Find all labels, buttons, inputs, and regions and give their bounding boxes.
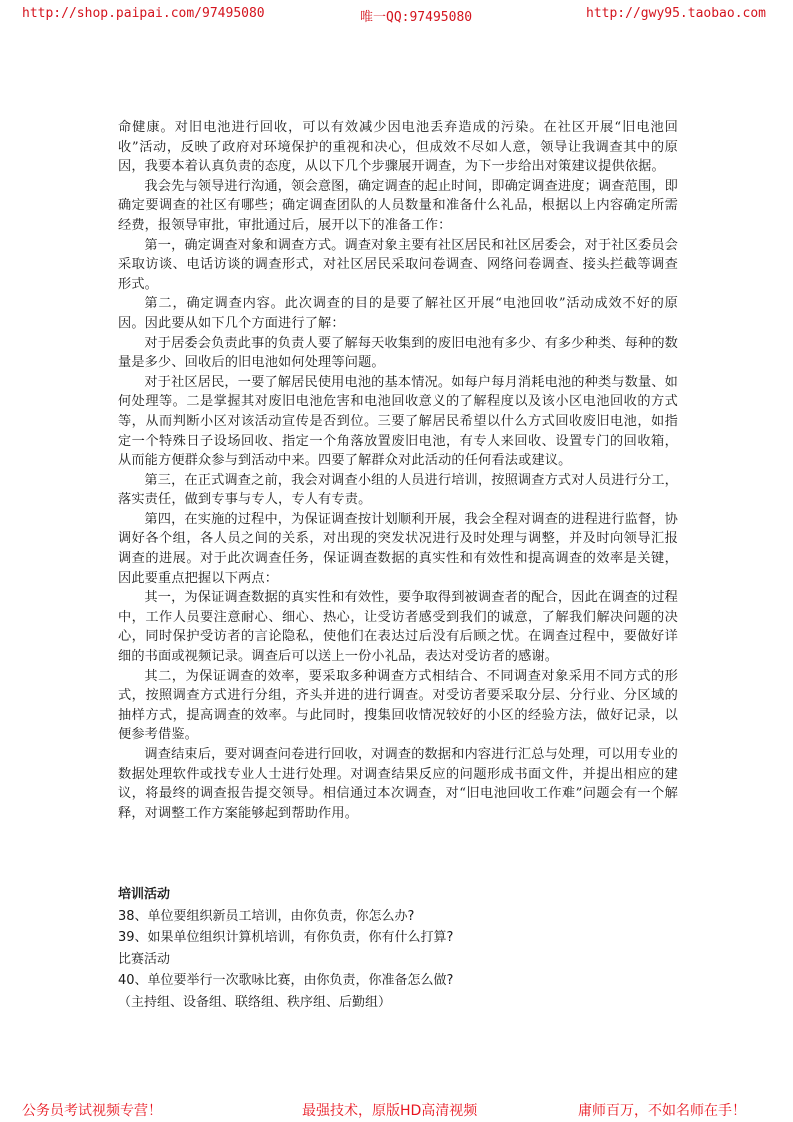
footer-slogan-left: 公务员考试视频专营！	[22, 1100, 162, 1120]
paragraph-5: 对于居委会负责此事的负责人要了解每天收集到的废旧电池有多少、有多少种类、每种的数…	[118, 334, 678, 373]
footer-slogan-right: 庸师百万，不如名师在手！	[578, 1100, 746, 1120]
section-title-training: 培训活动	[118, 884, 678, 906]
section-title-competition: 比赛活动	[118, 949, 678, 971]
question-39: 39、如果单位组织计算机培训，有你负责，你有什么打算?	[118, 927, 678, 949]
paragraph-9: 其一，为保证调查数据的真实性和有效性，要争取得到被调查者的配合，因此在调查的过程…	[118, 588, 678, 666]
paragraph-7: 第三，在正式调查之前，我会对调查小组的人员进行培训，按照调查方式对人员进行分工，…	[118, 471, 678, 510]
page-header: http://shop.paipai.com/97495080 唯一QQ:974…	[0, 6, 793, 26]
paragraph-10: 其二，为保证调查的效率，要采取多种调查方式相结合、不同调查对象采用不同方式的形式…	[118, 667, 678, 745]
footer-slogan-center: 最强技术，原版HD高清视频	[302, 1100, 477, 1120]
paragraph-3: 第一，确定调查对象和调查方式。调查对象主要有社区居民和社区居委会，对于社区委员会…	[118, 236, 678, 295]
question-list: 培训活动 38、单位要组织新员工培训，由你负责，你怎么办? 39、如果单位组织计…	[118, 884, 678, 1013]
paragraph-1: 命健康。对旧电池进行回收，可以有效减少因电池丢弃造成的污染。在社区开展“旧电池回…	[118, 118, 678, 177]
paragraph-4: 第二，确定调查内容。此次调查的目的是要了解社区开展“电池回收”活动成效不好的原因…	[118, 294, 678, 333]
question-40-note: （主持组、设备组、联络组、秩序组、后勤组）	[118, 992, 678, 1014]
paragraph-6: 对于社区居民，一要了解居民使用电池的基本情况。如每户每月消耗电池的种类与数量、如…	[118, 373, 678, 471]
question-40: 40、单位要举行一次歌咏比赛，由你负责，你准备怎么做?	[118, 970, 678, 992]
paragraph-2: 我会先与领导进行沟通，领会意图，确定调查的起止时间，即确定调查进度；调查范围，即…	[118, 177, 678, 236]
paragraph-11: 调查结束后，要对调查问卷进行回收，对调查的数据和内容进行汇总与处理，可以用专业的…	[118, 745, 678, 823]
page-footer: 公务员考试视频专营！ 最强技术，原版HD高清视频 庸师百万，不如名师在手！	[0, 1100, 793, 1120]
document-body: 命健康。对旧电池进行回收，可以有效减少因电池丢弃造成的污染。在社区开展“旧电池回…	[118, 118, 678, 823]
question-38: 38、单位要组织新员工培训，由你负责，你怎么办?	[118, 906, 678, 928]
header-paipai-url: http://shop.paipai.com/97495080	[22, 6, 265, 21]
paragraph-8: 第四，在实施的过程中，为保证调查按计划顺利开展，我会全程对调查的进程进行监督，协…	[118, 510, 678, 588]
header-qq-number: 唯一QQ:97495080	[360, 6, 472, 25]
header-taobao-url: http://gwy95.taobao.com	[586, 6, 766, 21]
